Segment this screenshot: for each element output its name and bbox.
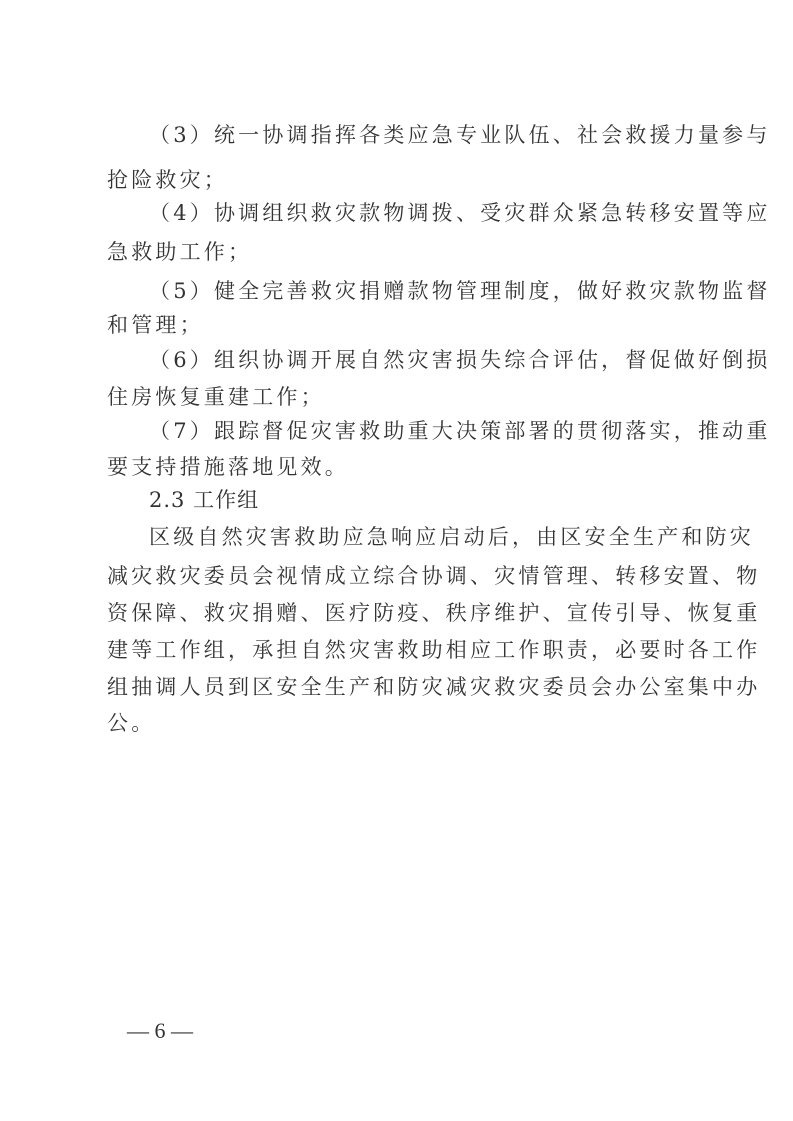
list-item-6-line-2: 住房恢复重建工作；: [107, 382, 689, 412]
list-item-5-line-1: （5）健全完善救灾捐赠款物管理制度，做好救灾款物监督: [149, 276, 689, 306]
paragraph-line-2: 减灾救灾委员会视情成立综合协调、灾情管理、转移安置、物: [107, 561, 689, 591]
page-number: — 6 —: [127, 1018, 193, 1044]
paragraph-line-1: 区级自然灾害救助应急响应启动后，由区安全生产和防灾: [149, 522, 689, 552]
list-item-3-line-2: 抢险救灾；: [107, 165, 689, 195]
list-item-3-line-1: （3）统一协调指挥各类应急专业队伍、社会救援力量参与: [149, 120, 689, 150]
paragraph-line-6: 公。: [107, 708, 689, 738]
list-item-7-line-1: （7）跟踪督促灾害救助重大决策部署的贯彻落实，推动重: [149, 416, 689, 446]
list-item-4-line-1: （4）协调组织救灾款物调拨、受灾群众紧急转移安置等应: [149, 198, 689, 228]
paragraph-line-4: 建等工作组，承担自然灾害救助相应工作职责，必要时各工作: [107, 635, 689, 665]
paragraph-line-3: 资保障、救灾捐赠、医疗防疫、秩序维护、宣传引导、恢复重: [107, 598, 689, 628]
list-item-4-line-2: 急救助工作；: [107, 237, 689, 267]
paragraph-line-5: 组抽调人员到区安全生产和防灾减灾救灾委员会办公室集中办: [107, 672, 689, 702]
list-item-6-line-1: （6）组织协调开展自然灾害损失综合评估，督促做好倒损: [149, 345, 689, 375]
list-item-5-line-2: 和管理；: [107, 310, 689, 340]
document-page: （3）统一协调指挥各类应急专业队伍、社会救援力量参与 抢险救灾； （4）协调组织…: [0, 0, 793, 1121]
list-item-7-line-2: 要支持措施落地见效。: [107, 452, 689, 482]
section-heading: 2.3 工作组: [149, 485, 689, 515]
